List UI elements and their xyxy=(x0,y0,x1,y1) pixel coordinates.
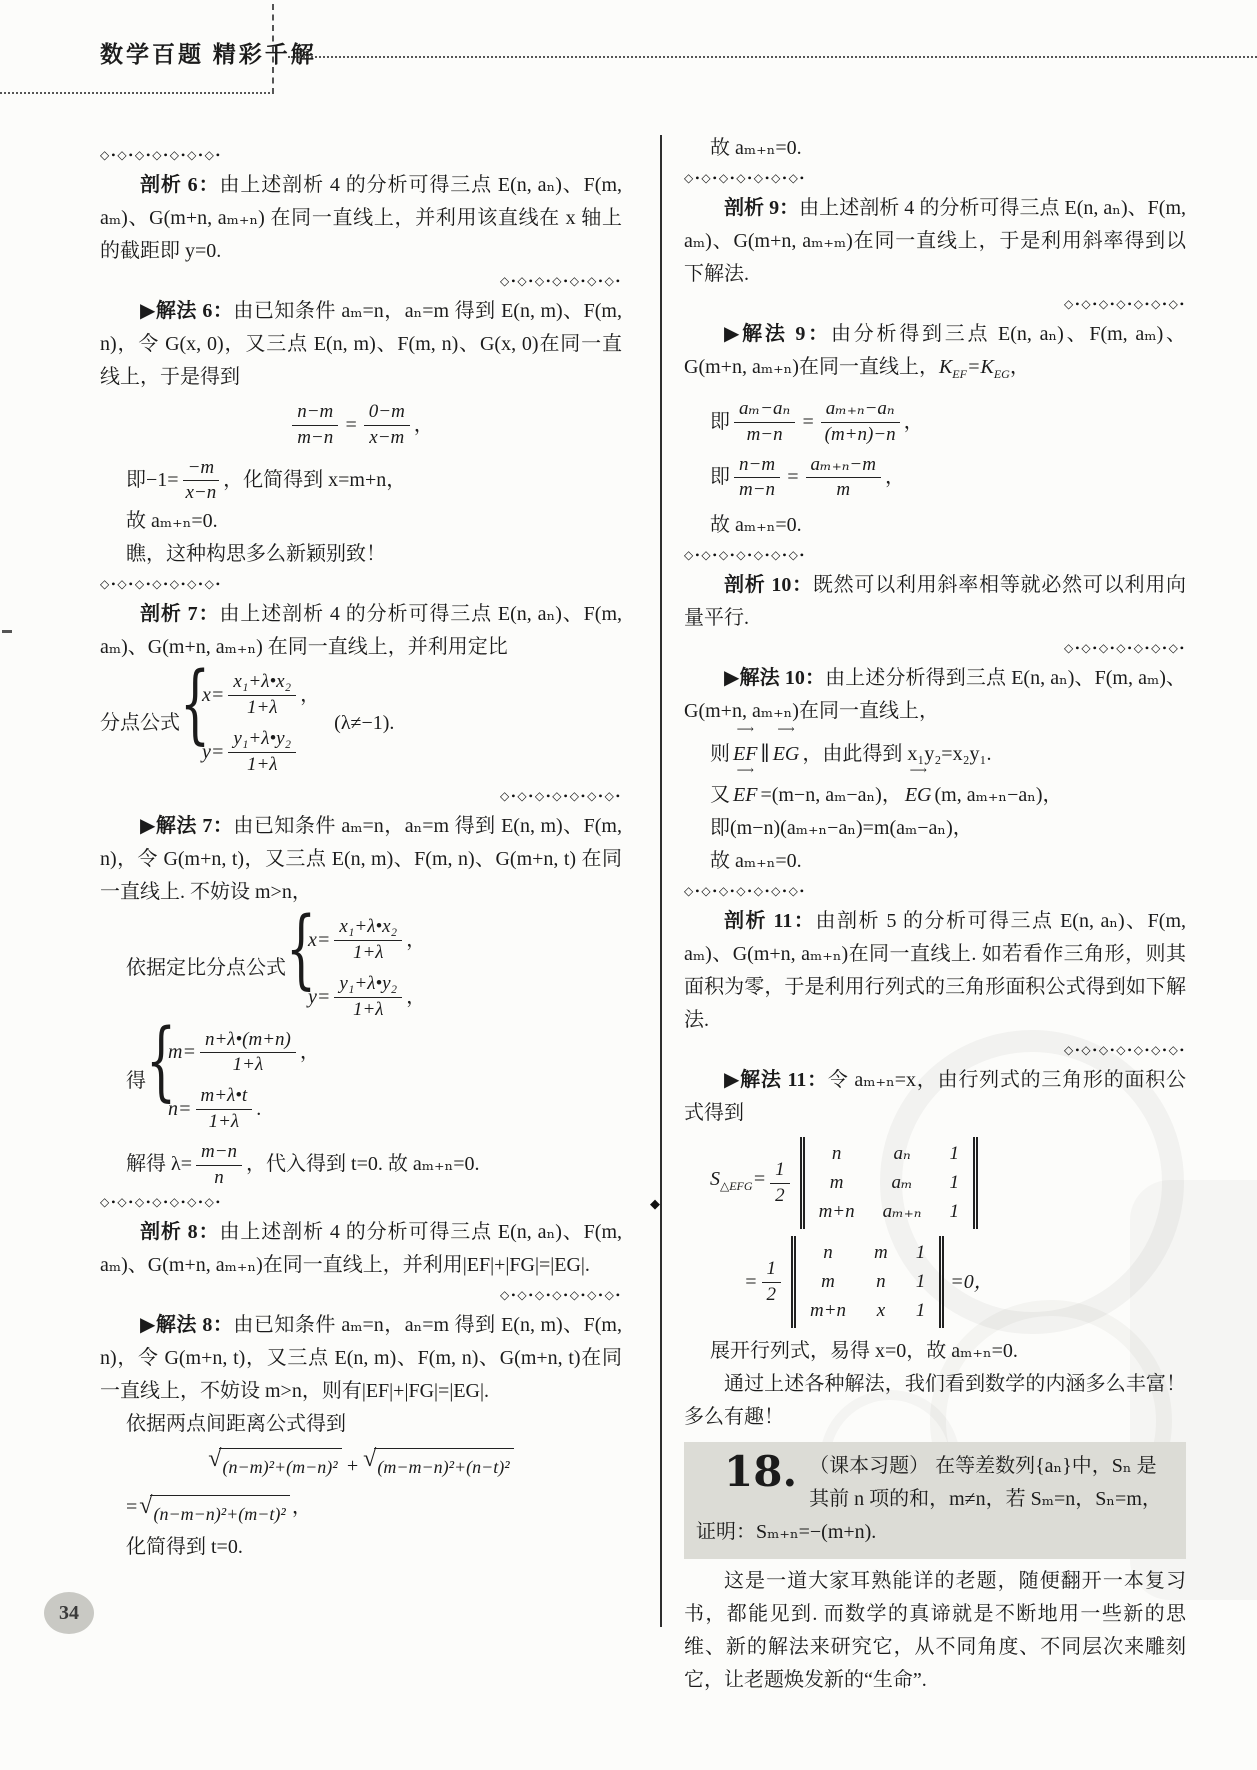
fraction: aₘ−aₙm−n xyxy=(734,398,795,447)
fraction-one-half: 12 xyxy=(762,1258,782,1307)
left-column: ◇•◇•◇•◇•◇•◇•◇• 剖析 6：由上述剖析 4 的分析可得三点 E(n,… xyxy=(100,142,622,1564)
system-lead-text: 依据定比分点公式 xyxy=(126,952,286,985)
fraction-one-half: 12 xyxy=(770,1159,790,1208)
square-root: (n−m−n)²+(m−t)² xyxy=(139,1495,290,1531)
margin-bullet: ◆ xyxy=(650,1196,660,1212)
system-lead-text: 得 xyxy=(126,1065,146,1098)
solution-6-label: ▶解法 6： xyxy=(140,300,233,322)
vector-parallel-line: 则EF∥EG，由此得到 x₁y₂=x₂y₁. xyxy=(684,738,1186,771)
section-divider: ◇•◇•◇•◇•◇•◇•◇• xyxy=(100,783,622,810)
header-dotted-rule xyxy=(288,56,1257,58)
margin-mark xyxy=(2,630,12,633)
analysis-6-paragraph: 剖析 6：由上述剖析 4 的分析可得三点 E(n, aₙ)、F(m, aₘ)、G… xyxy=(100,169,622,268)
equation-line: 即(m−n)(aₘ₊ₙ−aₙ)=m(aₘ−aₙ)， xyxy=(684,812,1186,845)
distance-equation-line2: =(n−m−n)²+(m−t)²， xyxy=(100,1491,622,1531)
equation-line: 解得 λ=m−nn，代入得到 t=0. 故 aₘ₊ₙ=0. xyxy=(100,1141,622,1190)
section-divider: ◇•◇•◇•◇•◇•◇•◇• xyxy=(100,1189,622,1216)
header-dotted-rule-lower xyxy=(0,92,274,94)
determinant-matrix: nm1 mn1 m+nx1 xyxy=(791,1236,944,1328)
solution-10-paragraph: ▶解法 10：由上述分析得到三点 E(n, aₙ)、F(m, aₘ)、G(m+n… xyxy=(684,662,1186,728)
analysis-10-label: 剖析 10： xyxy=(724,574,813,596)
determinant-area-equation-2: = 12 nm1 mn1 m+nx1 =0， xyxy=(684,1236,1186,1328)
problem-number: 18. xyxy=(724,1452,797,1496)
analysis-6-label: 剖析 6： xyxy=(140,174,219,196)
square-root: (n−m)²+(m−n)² xyxy=(208,1448,341,1484)
analysis-7-paragraph: 剖析 7：由上述剖析 4 的分析可得三点 E(n, aₙ)、F(m, aₘ)、G… xyxy=(100,598,622,664)
remark-line: 瞧，这种构思多么新颖别致！ xyxy=(100,538,622,571)
analysis-8-paragraph: 剖析 8：由上述剖析 4 的分析可得三点 E(n, aₙ)、F(m, aₘ)、G… xyxy=(100,1216,622,1282)
distance-formula-intro: 依据两点间距离公式得到 xyxy=(100,1408,622,1441)
section-divider: ◇•◇•◇•◇•◇•◇•◇• xyxy=(684,635,1186,662)
header-dashed-rule xyxy=(272,4,274,94)
determinant-area-equation-1: S△EFG= 12 naₙ1 maₘ1 m+naₘ₊ₙ1 xyxy=(684,1137,1186,1229)
column-divider-line xyxy=(660,135,662,1627)
fraction: n−mm−n xyxy=(292,401,338,450)
solution-9-label: ▶解法 9： xyxy=(724,323,831,345)
condition-text: (λ≠−1). xyxy=(334,707,394,740)
analysis-10-paragraph: 剖析 10：既然可以利用斜率相等就必然可以利用向量平行. xyxy=(684,569,1186,635)
section-divider: ◇•◇•◇•◇•◇•◇•◇• xyxy=(100,142,622,169)
solution-8-paragraph: ▶解法 8：由已知条件 aₘ=n，aₙ=m 得到 E(n, m)、F(m, n)… xyxy=(100,1309,622,1408)
problem-18-block: 18. （课本习题）在等差数列{aₙ}中，Sₙ 是其前 n 项的和，m≠n，若 … xyxy=(684,1442,1186,1559)
section-divider: ◇•◇•◇•◇•◇•◇•◇• xyxy=(684,878,1186,905)
section-divider: ◇•◇•◇•◇•◇•◇•◇• xyxy=(684,1037,1186,1064)
vector-components-line: 又EF=(m−n, aₘ−aₙ)，EG(m, aₘ₊ₙ−aₙ)， xyxy=(684,779,1186,812)
conclusion-line: 化简得到 t=0. xyxy=(100,1531,622,1564)
vector-EF: EF xyxy=(733,779,757,812)
equals-sign: = xyxy=(786,461,800,494)
square-root: (m−m−n)²+(n−t)² xyxy=(363,1448,514,1484)
right-column: 故 aₘ₊ₙ=0. ◇•◇•◇•◇•◇•◇•◇• 剖析 9：由上述剖析 4 的分… xyxy=(684,132,1186,1697)
fraction: n−mm−n xyxy=(734,454,780,503)
closing-remark: 通过上述各种解法，我们看到数学的内涵多么丰富！多么有趣！ xyxy=(684,1368,1186,1434)
solution-6-paragraph: ▶解法 6：由已知条件 aₘ=n，aₙ=m 得到 E(n, m)、F(m, n)… xyxy=(100,295,622,394)
conclusion-line: 故 aₘ₊ₙ=0. xyxy=(100,505,622,538)
fraction: m−nn xyxy=(196,1141,242,1190)
section-formula-system: 分点公式 x=x₁+λ•x₂1+λ， y=y₁+λ•y₂1+λ (λ≠−1). xyxy=(100,671,622,776)
section-divider: ◇•◇•◇•◇•◇•◇•◇• xyxy=(684,165,1186,192)
determinant-matrix: naₙ1 maₘ1 m+naₘ₊ₙ1 xyxy=(800,1137,978,1229)
solution-7-paragraph: ▶解法 7：由已知条件 aₘ=n，aₙ=m 得到 E(n, m)、F(m, n)… xyxy=(100,810,622,909)
plus-sign: + xyxy=(346,1450,360,1483)
page-number: 34 xyxy=(59,1602,79,1625)
punctuation: ， xyxy=(414,409,434,442)
distance-equation-line1: (n−m)²+(m−n)² + (m−m−n)²+(n−t)² xyxy=(100,1448,622,1484)
system-lead-text: 分点公式 xyxy=(100,707,180,740)
analysis-9-paragraph: 剖析 9：由上述剖析 4 的分析可得三点 E(n, aₙ)、F(m, aₘ)、G… xyxy=(684,192,1186,291)
section-divider: ◇•◇•◇•◇•◇•◇•◇• xyxy=(100,1282,622,1309)
section-formula-system: 得 m=n+λ•(m+n)1+λ， n=m+λ•t1+λ. xyxy=(100,1029,622,1134)
analysis-11-paragraph: 剖析 11：由剖析 5 的分析可得三点 E(n, aₙ)、F(m, aₘ)、G(… xyxy=(684,905,1186,1037)
section-divider: ◇•◇•◇•◇•◇•◇•◇• xyxy=(684,542,1186,569)
section-formula-system: 依据定比分点公式 x=x₁+λ•x₂1+λ， y=y₁+λ•y₂1+λ， xyxy=(100,916,622,1021)
fraction: aₘ₊ₙ−mm xyxy=(806,454,881,503)
page-header-title: 数学百题 精彩千解 xyxy=(100,36,317,69)
conclusion-line: 展开行列式，易得 x=0，故 aₘ₊ₙ=0. xyxy=(684,1335,1186,1368)
left-brace xyxy=(286,949,306,989)
conclusion-line: 故 aₘ₊ₙ=0. xyxy=(684,509,1186,542)
book-page: 数学百题 精彩千解 ◆ ◇•◇•◇•◇•◇•◇•◇• 剖析 6：由上述剖析 4 … xyxy=(0,0,1257,1770)
solution-10-label: ▶解法 10： xyxy=(724,667,825,689)
fraction: 0−mx−m xyxy=(364,401,410,450)
slope-equation-1: 即 aₘ−aₙm−n = aₘ₊ₙ−aₙ(m+n)−n ， xyxy=(684,398,1186,447)
solution-7-label: ▶解法 7： xyxy=(140,815,233,837)
equals-sign: = xyxy=(344,409,358,442)
solution-11-label: ▶解法 11： xyxy=(724,1069,828,1091)
vector-EG: EG xyxy=(905,779,932,812)
analysis-9-label: 剖析 9： xyxy=(724,197,799,219)
conclusion-line: 故 aₘ₊ₙ=0. xyxy=(684,132,1186,165)
solution-8-label: ▶解法 8： xyxy=(140,1314,233,1336)
analysis-8-label: 剖析 8： xyxy=(140,1221,219,1243)
solution-11-paragraph: ▶解法 11：令 aₘ₊ₙ=x，由行列式的三角形的面积公式得到 xyxy=(684,1064,1186,1130)
fraction: aₘ₊ₙ−aₙ(m+n)−n xyxy=(821,398,900,447)
section-divider: ◇•◇•◇•◇•◇•◇•◇• xyxy=(684,291,1186,318)
analysis-11-label: 剖析 11： xyxy=(724,910,815,932)
equation-line: 即−1=−mx−n，化简得到 x=m+n， xyxy=(100,457,622,506)
conclusion-line: 故 aₘ₊ₙ=0. xyxy=(684,845,1186,878)
page-number-badge: 34 xyxy=(44,1592,94,1634)
slope-equation-2: 即 n−mm−n = aₘ₊ₙ−mm ， xyxy=(684,454,1186,503)
vector-EG: EG xyxy=(773,738,800,771)
analysis-7-label: 剖析 7： xyxy=(140,603,219,625)
commentary-paragraph: 这是一道大家耳熟能详的老题，随便翻开一本复习书，都能见到. 而数学的真谛就是不断… xyxy=(684,1565,1186,1697)
section-divider: ◇•◇•◇•◇•◇•◇•◇• xyxy=(100,268,622,295)
left-brace xyxy=(146,1061,166,1101)
section-divider: ◇•◇•◇•◇•◇•◇•◇• xyxy=(100,571,622,598)
equation-slope-intercept: n−mm−n = 0−mx−m ， xyxy=(100,401,622,450)
left-brace xyxy=(180,704,200,744)
equals-sign: = xyxy=(801,406,815,439)
problem-source-tag: （课本习题） xyxy=(809,1455,929,1477)
solution-9-paragraph: ▶解法 9：由分析得到三点 E(n, aₙ)、F(m, aₘ)、G(m+n, a… xyxy=(684,318,1186,391)
fraction: −mx−n xyxy=(183,457,220,506)
